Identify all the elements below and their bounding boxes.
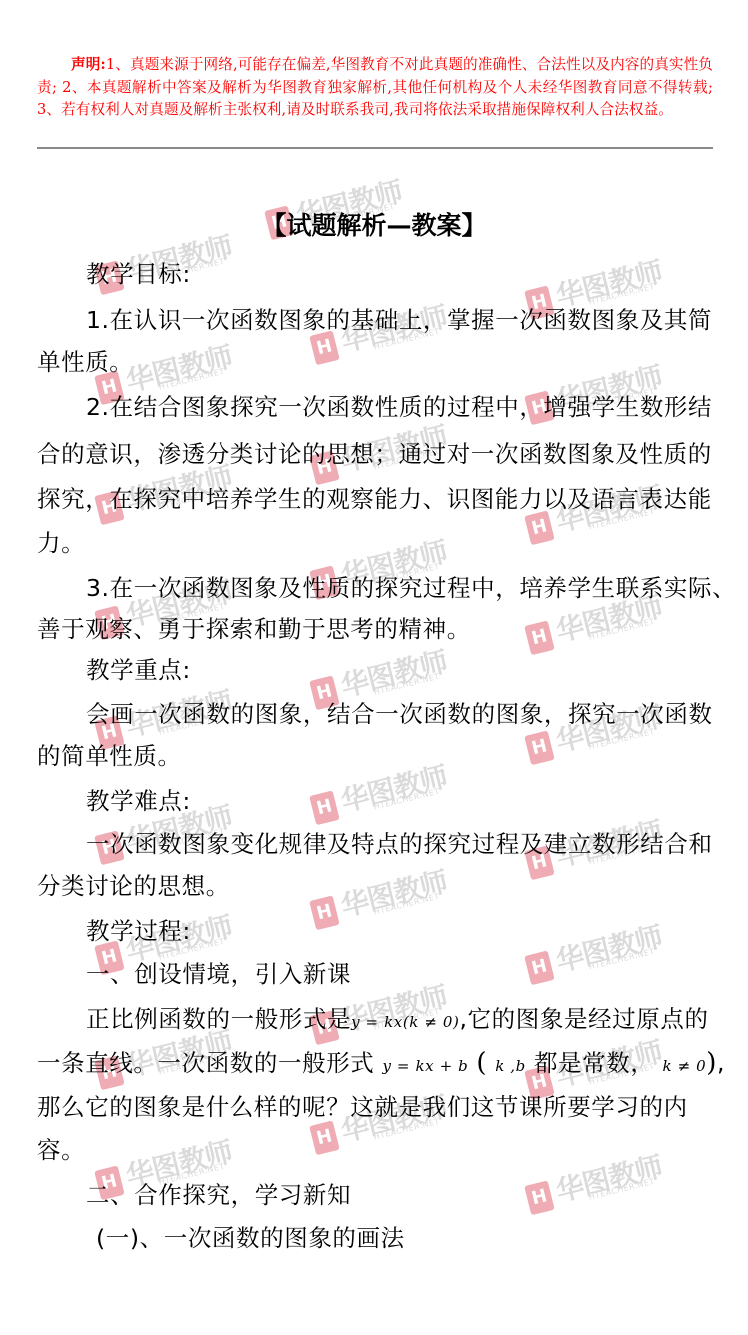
section-heading-key-points: 教学重点: [86, 651, 191, 685]
paragraph-line: 会画一次函数的图象，结合一次函数的图象，探究一次函数 [86, 695, 713, 729]
watermark: H华图教师HTEACHER.NET [300, 853, 460, 948]
watermark: H华图教师HTEACHER.NET [515, 1138, 675, 1233]
watermark-logo-icon: H [524, 510, 555, 545]
disclaimer: 声明:1、真题来源于网络,可能存在偏差,华图教育不对此真题的准确性、合法性以及内… [37, 54, 713, 122]
disclaimer-text: 1、真题来源于网络,可能存在偏差,华图教育不对此真题的准确性、合法性以及内容的真… [37, 56, 713, 118]
text-segment: ,它的图象是经过原点的 [459, 1005, 708, 1033]
paragraph-line: 一次函数图象变化规律及特点的探究过程及建立数形结合和 [86, 825, 713, 859]
watermark-en: HTEACHER.NET [373, 787, 441, 812]
watermark-cn: 华图教师 [336, 860, 450, 925]
paragraph-line: 2.在结合图象探究一次函数性质的过程中，增强学生数形结 [86, 388, 712, 422]
watermark-logo-icon: H [524, 730, 555, 765]
section-heading-objectives: 教学目标: [86, 255, 191, 289]
subsection-heading: (一)、一次函数的图象的画法 [96, 1219, 405, 1253]
watermark-logo-icon: H [309, 895, 340, 930]
paragraph-line: 单性质。 [37, 343, 133, 377]
watermark-cn: 华图教师 [336, 755, 450, 820]
watermark-logo-icon: H [309, 330, 340, 365]
paragraph-line: 1.在认识一次函数图象的基础上，掌握一次函数图象及其简 [86, 301, 712, 335]
paren: ( [476, 1048, 487, 1078]
paragraph-line-proportional: 正比例函数的一般形式是y = kx(k ≠ 0),它的图象是经过原点的 [86, 1000, 709, 1034]
watermark-cn: 华图教师 [551, 915, 665, 980]
paragraph-line: 分类讨论的思想。 [37, 867, 230, 901]
paren: ) [706, 1048, 717, 1078]
subsection-heading: 一、创设情境，引入新课 [86, 955, 351, 989]
formula-linear: y = kx + b [382, 1057, 468, 1075]
paragraph-line: 的简单性质。 [37, 737, 182, 771]
watermark-cn: 华图教师 [551, 1145, 665, 1210]
text-segment: , [717, 1049, 725, 1077]
formula-vars: k ,b [495, 1057, 526, 1075]
document-title: 【试题解析—教案】 [0, 206, 748, 242]
paragraph-line: 容。 [37, 1131, 85, 1165]
paragraph-line: 善于观察、勇于探索和勤于思考的精神。 [37, 610, 471, 644]
formula-proportional: y = kx(k ≠ 0) [351, 1013, 459, 1031]
paragraph-line: 力。 [37, 524, 85, 558]
watermark-logo-icon: H [524, 1180, 555, 1215]
formula-condition: k ≠ 0 [663, 1057, 707, 1075]
watermark-en: HTEACHER.NET [588, 947, 656, 972]
watermark-logo-icon: H [309, 790, 340, 825]
divider [37, 147, 713, 149]
text-segment: 一条直线。一次函数的一般形式 [37, 1049, 374, 1077]
section-heading-process: 教学过程: [86, 912, 191, 946]
subsection-heading: 二、合作探究，学习新知 [86, 1176, 351, 1210]
watermark-en: HTEACHER.NET [373, 892, 441, 917]
disclaimer-label: 声明: [71, 56, 106, 73]
paragraph-line: 那么它的图象是什么样的呢？这就是我们这节课所要学习的内 [37, 1088, 688, 1122]
watermark-logo-icon: H [309, 1120, 340, 1155]
paragraph-line: 3.在一次函数图象及性质的探究过程中，培养学生联系实际、 [86, 569, 736, 603]
section-heading-difficulties: 教学难点: [86, 782, 191, 816]
watermark-en: HTEACHER.NET [588, 1177, 656, 1202]
watermark-logo-icon: H [524, 620, 555, 655]
text-segment: 正比例函数的一般形式是 [86, 1005, 351, 1033]
watermark-en: HTEACHER.NET [588, 727, 656, 752]
watermark-en: HTEACHER.NET [373, 672, 441, 697]
text-segment: 都是常数， [534, 1049, 655, 1077]
watermark: H华图教师HTEACHER.NET [515, 908, 675, 1003]
paragraph-line: 探究，在探究中培养学生的观察能力、识图能力以及语言表达能 [37, 480, 712, 514]
watermark-logo-icon: H [524, 950, 555, 985]
watermark-en: HTEACHER.NET [588, 617, 656, 642]
paragraph-line: 合的意识，渗透分类讨论的思想；通过对一次函数图象及性质的 [37, 435, 712, 469]
paragraph-line-linear: 一条直线。一次函数的一般形式 y = kx + b ( k ,b 都是常数， k… [37, 1044, 725, 1078]
